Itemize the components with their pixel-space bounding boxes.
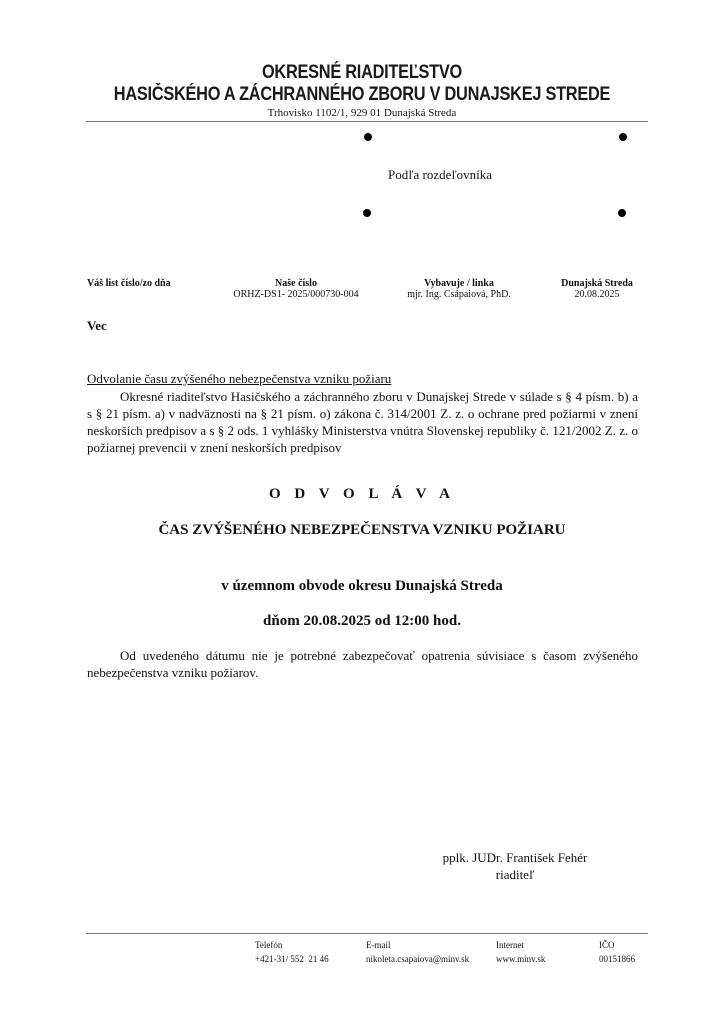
letterhead-address: Trhovisko 1102/1, 929 01 Dunajská Streda — [0, 107, 724, 119]
reference-place-date: Dunajská Streda 20.08.2025 — [552, 278, 642, 300]
recipient-address: Podľa rozdeľovníka — [388, 167, 492, 183]
handled-by-value: mjr. Ing. Csápaiová, PhD. — [400, 289, 518, 300]
date-value: 20.08.2025 — [552, 289, 642, 300]
decision-object: ČAS ZVÝŠENÉHO NEBEZPEČENSTVA VZNIKU POŽI… — [0, 522, 724, 539]
header-divider — [86, 121, 648, 122]
address-corner-mark-bottom-right — [618, 209, 626, 217]
letterhead-title-line2: HASIČSKÉHO A ZÁCHRANNÉHO ZBORU V DUNAJSK… — [51, 84, 674, 106]
phone-value: +421-31/ 552 21 46 — [255, 952, 329, 966]
footer-divider — [86, 933, 648, 934]
reference-handled-by: Vybavuje / linka mjr. Ing. Csápaiová, Ph… — [400, 278, 518, 300]
decision-effective-date: dňom 20.08.2025 od 12:00 hod. — [0, 613, 724, 630]
decision-verb: O D V O L Á V A — [0, 486, 724, 503]
email-label: E-mail — [366, 938, 469, 952]
footer-web: Internet www.minv.sk — [496, 938, 545, 966]
signer-title: riaditeľ — [410, 866, 620, 883]
handled-by-label: Vybavuje / linka — [400, 278, 518, 289]
signature-block: pplk. JUDr. František Fehér riaditeľ — [410, 849, 620, 883]
our-number-value: ORHZ-DS1- 2025/000730-004 — [226, 289, 366, 300]
your-letter-label: Váš list číslo/zo dňa — [87, 278, 171, 289]
our-number-label: Naše číslo — [226, 278, 366, 289]
decision-area: v územnom obvode okresu Dunajská Streda — [0, 578, 724, 595]
body-closing-paragraph: Od uvedeného dátumu nie je potrebné zabe… — [87, 647, 638, 681]
footer-phone: Telefón +421-31/ 552 21 46 — [255, 938, 329, 966]
signer-name: pplk. JUDr. František Fehér — [410, 849, 620, 866]
letterhead-title-line1: OKRESNÉ RIADITEĽSTVO — [51, 62, 674, 84]
place-label: Dunajská Streda — [552, 278, 642, 289]
footer-ico: IČO 00151866 — [599, 938, 635, 966]
ico-label: IČO — [599, 938, 635, 952]
ico-value: 00151866 — [599, 952, 635, 966]
phone-label: Telefón — [255, 938, 329, 952]
web-value: www.minv.sk — [496, 952, 545, 966]
address-corner-mark-top-left — [364, 133, 372, 141]
subject-line: Odvolanie času zvýšeného nebezpečenstva … — [87, 371, 391, 387]
reference-your-letter: Váš list číslo/zo dňa — [87, 278, 171, 289]
reference-our-number: Naše číslo ORHZ-DS1- 2025/000730-004 — [226, 278, 366, 300]
footer-email: E-mail nikoleta.csapaiova@minv.sk — [366, 938, 469, 966]
email-value: nikoleta.csapaiova@minv.sk — [366, 952, 469, 966]
address-corner-mark-bottom-left — [363, 209, 371, 217]
subject-label: Vec — [87, 318, 107, 334]
web-label: Internet — [496, 938, 545, 952]
address-corner-mark-top-right — [619, 133, 627, 141]
body-intro-paragraph: Okresné riaditeľstvo Hasičského a záchra… — [87, 388, 638, 456]
